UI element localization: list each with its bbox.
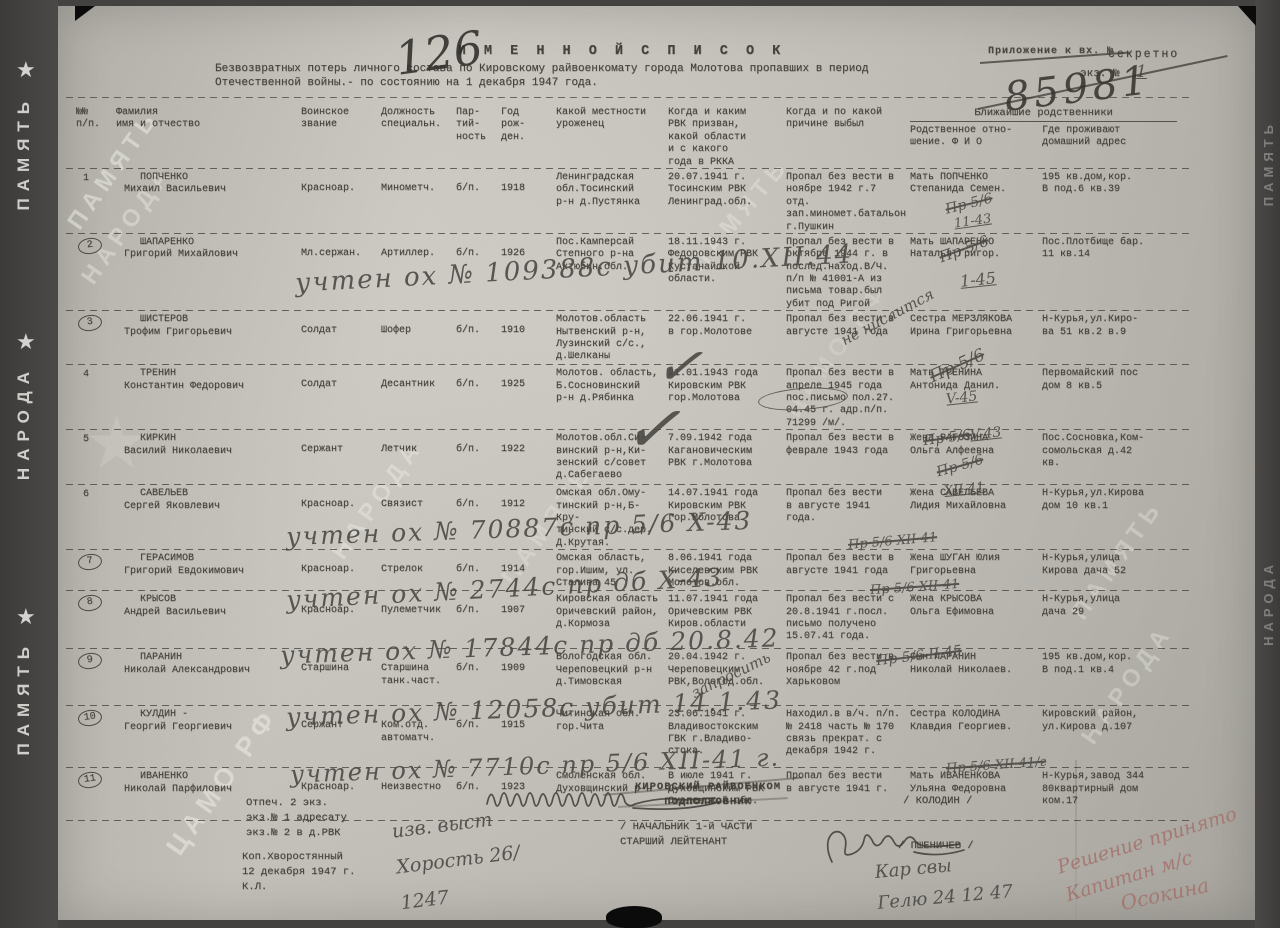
column-header-birth-year: Год рож- ден. [499, 104, 554, 169]
column-header-relatives-group: Ближайшие родственники Родственное отно-… [908, 104, 1179, 169]
cell-name: ТРЕНИН Константин Федорович [114, 365, 299, 430]
copies-note: Отпеч. 2 экз. экз.№ 1 адресату экз.№ 2 в… [246, 796, 347, 842]
cell-birth-year: 1918 [499, 169, 554, 234]
cell-number: 10 [74, 706, 114, 768]
cell-birth-year: 1922 [499, 430, 554, 485]
cell-name: ПОПЧЕНКО Михаил Васильевич [114, 169, 299, 234]
column-header-number: №№ п/п. [74, 104, 114, 169]
column-header-duty: Должность специальн. [379, 104, 454, 169]
row-number: 6 [78, 489, 94, 501]
row-number: 2 [77, 236, 103, 256]
paper-sheet: ПАМЯТЬ НАРОДА ПАМЯТЬ НАРОДА ПАМЯТЬ ЦАМО … [58, 6, 1255, 920]
cell-origin: Ленинградская обл.Тосинский р-н д.Пустян… [554, 169, 666, 234]
cell-address: Пос.Сосновка,Ком- сомольская д.42 кв. [1040, 430, 1179, 485]
watermark-brand: ПАМЯТЬ [1261, 120, 1276, 206]
cell-number: 8 [74, 591, 114, 649]
column-header-relative: Родственное отно- шение. Ф И О [908, 122, 1040, 150]
document-scan: { "colors":{"paper":"#c8c5bd","backgroun… [0, 0, 1280, 928]
column-header-fate: Когда и по какой причине выбыл [784, 104, 908, 169]
column-header-address: Где проживают домашний адрес [1040, 122, 1179, 150]
cell-name: ГЕРАСИМОВ Григорий Евдокимович [114, 550, 299, 591]
cell-number: 7 [74, 550, 114, 591]
column-header-party: Пар- тий- ность [454, 104, 499, 169]
star-icon: ★ [16, 330, 36, 355]
row-number: 11 [77, 771, 103, 791]
cell-birth-year: 1910 [499, 311, 554, 365]
cell-origin: Молотов.область Нытвенский р-н, Лузински… [554, 311, 666, 365]
cell-name: ШАПАРЕНКО Григорий Михайлович [114, 234, 299, 311]
star-icon: ★ [16, 58, 36, 83]
cell-address: Н-Курья,завод 344 80квартирный дом ком.1… [1040, 768, 1179, 821]
cell-duty: Минометч. [379, 169, 454, 234]
cell-drafted: 20.07.1941 г. Тосинским РВК Ленинград.об… [666, 169, 784, 234]
row-number: 5 [78, 434, 94, 446]
cell-name: САВЕЛЬЕВ Сергей Яковлевич [114, 485, 299, 550]
cell-fate: Пропал без вести с 20.8.1941 г.посл. пис… [784, 591, 908, 649]
cell-name: ШИСТЕРОВ Трофим Григорьевич [114, 311, 299, 365]
table-header: №№ п/п. Фамилия имя и отчество Воинское … [74, 104, 1179, 169]
handwritten-note: V-43 [969, 424, 1002, 443]
cell-number: 11 [74, 768, 114, 821]
cell-duty: Летчик [379, 430, 454, 485]
cell-party: б/п. [454, 169, 499, 234]
table-row: 3 ШИСТЕРОВ Трофим Григорьевич Солдат Шоф… [74, 311, 1179, 365]
watermark-brand: ПАМЯТЬ [14, 640, 34, 755]
cell-number: 1 [74, 169, 114, 234]
cell-name: КУЛДИН - Георгий Георгиевич [114, 706, 299, 768]
table-row: 1 ПОПЧЕНКО Михаил Васильевич Красноар. М… [74, 169, 1179, 234]
cell-relative: Жена КРЫСОВА Ольга Ефимовна [908, 591, 1040, 649]
cell-address: Н-Курья,улица Кирова дача 52 [1040, 550, 1179, 591]
cell-party: б/п. [454, 365, 499, 430]
cell-duty: Шофер [379, 311, 454, 365]
column-header-drafted: Когда и каким РВК призван, какой области… [666, 104, 784, 169]
relatives-group-title: Ближайшие родственники [910, 104, 1177, 122]
cell-address: Пос.Плотбище бар. 11 кв.14 [1040, 234, 1179, 311]
signature [483, 778, 723, 818]
cell-number: 6 [74, 485, 114, 550]
cell-party: б/п. [454, 430, 499, 485]
cell-address: Н-Курья,ул.Киро- ва 51 кв.2 в.9 [1040, 311, 1179, 365]
cell-fate: Пропал без вести в феврале 1943 года [784, 430, 908, 485]
row-number: 8 [77, 594, 103, 614]
cell-fate: Пропал без вести в ноябре 1942 г.7 отд. … [784, 169, 908, 234]
cell-address: Кировский район, ул.Кирова д.107 [1040, 706, 1179, 768]
row-number: 4 [78, 369, 94, 381]
row-number: 1 [78, 173, 94, 185]
cell-name: КИРКИН Василий Николаевич [114, 430, 299, 485]
cell-duty: Десантник [379, 365, 454, 430]
paper-crease [1075, 760, 1077, 920]
cell-drafted: 7.09.1942 года Кагановическим РВК г.Моло… [666, 430, 784, 485]
handwritten-note: V-45 [945, 388, 978, 407]
cell-rank: Красноар. [299, 169, 379, 234]
scan-defect-hole [606, 906, 662, 928]
cell-rank: Солдат [299, 311, 379, 365]
star-icon: ★ [16, 605, 36, 630]
cell-number: 2 [74, 234, 114, 311]
cell-address: 195 кв.дом,кор. В под.6 кв.39 [1040, 169, 1179, 234]
scan-left-edge: ★ ПАМЯТЬ ★ НАРОДА ★ ПАМЯТЬ [0, 0, 58, 928]
column-header-origin: Какой местности уроженец [554, 104, 666, 169]
page-subtitle: Безвозвратных потерь личного состава по … [215, 62, 869, 91]
watermark-brand: НАРОДА [14, 365, 34, 480]
cell-address: Первомайский пос дом 8 кв.5 [1040, 365, 1179, 430]
row-number: 9 [77, 652, 103, 672]
handwritten-note: 1-45 [959, 268, 997, 291]
typist-note: Коп.Хворостянный 12 декабря 1947 г. К.Л. [242, 850, 355, 896]
cell-name: КРЫСОВ Андрей Васильевич [114, 591, 299, 649]
row-number: 3 [77, 314, 103, 334]
checkmark: ✓ [620, 388, 682, 471]
cell-name: ПАРАНИН Николай Александрович [114, 649, 299, 706]
watermark-brand: НАРОДА [1261, 560, 1276, 646]
column-header-name: Фамилия имя и отчество [114, 104, 299, 169]
row-number: 7 [77, 553, 103, 573]
cell-number: 9 [74, 649, 114, 706]
scan-right-edge: ПАМЯТЬ НАРОДА [1255, 0, 1280, 928]
cell-address: Н-Курья,улица дача 29 [1040, 591, 1179, 649]
chief-stamp: / НАЧАЛЬНИК 1-й ЧАСТИ СТАРШИЙ ЛЕЙТЕНАНТ [620, 820, 752, 850]
row-number: 10 [77, 709, 103, 729]
cell-address: Н-Курья,ул.Кирова дом 10 кв.1 [1040, 485, 1179, 550]
cell-number: 4 [74, 365, 114, 430]
cell-address: 195 кв.дом,кор. В под.1 кв.4 [1040, 649, 1179, 706]
cell-number: 5 [74, 430, 114, 485]
signature-name-kolodin: / КОЛОДИН / [903, 794, 972, 809]
cell-rank: Сержант [299, 430, 379, 485]
cell-party: б/п. [454, 311, 499, 365]
cell-fate: Находил.в в/ч. п/п. № 2418 часть № 170 с… [784, 706, 908, 768]
cell-rank: Солдат [299, 365, 379, 430]
pencil-note: изв. выст Хорость 26/ 1247 [390, 799, 526, 920]
pencil-note: Кар свы Гелю 24 12 47 [874, 846, 1015, 919]
watermark-brand: ПАМЯТЬ [14, 95, 34, 210]
cell-number: 3 [74, 311, 114, 365]
cell-birth-year: 1925 [499, 365, 554, 430]
column-header-rank: Воинское звание [299, 104, 379, 169]
